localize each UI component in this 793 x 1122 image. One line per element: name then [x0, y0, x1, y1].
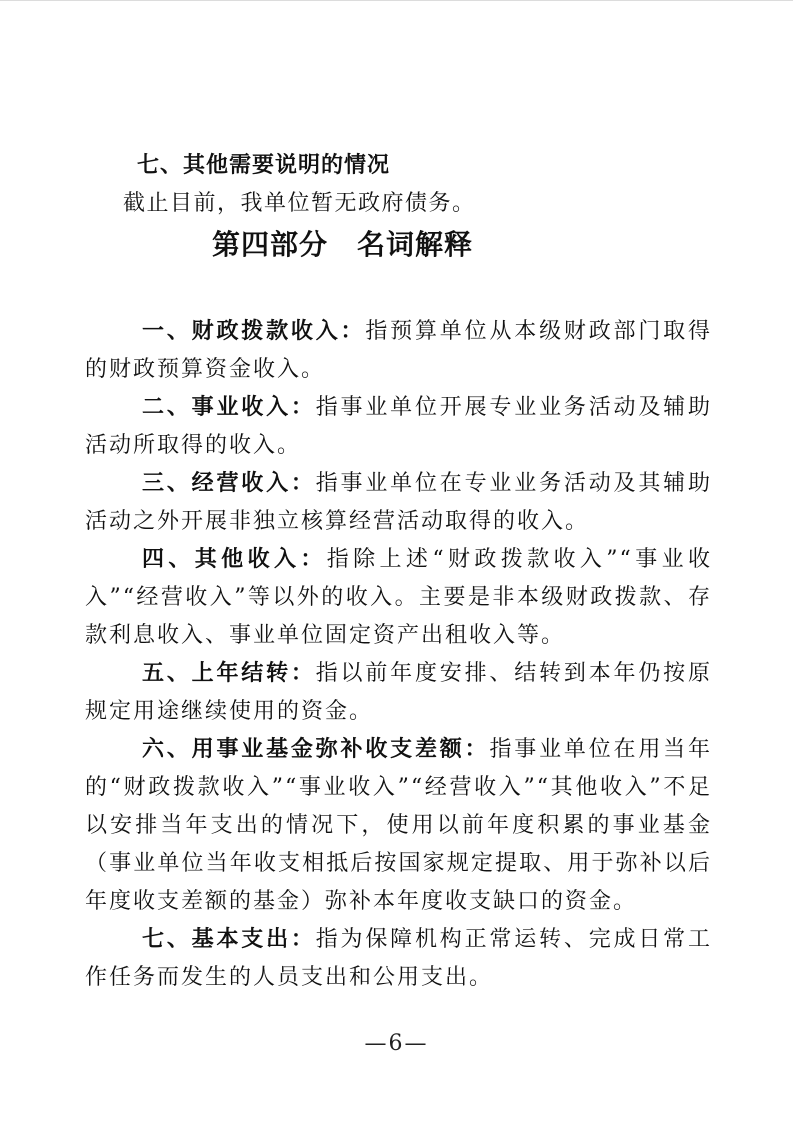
- term-5-label: 五、上年结转：: [142, 661, 316, 686]
- term-7-label: 七、基本支出：: [142, 927, 316, 952]
- glossary-term-6: 六、用事业基金弥补收支差额：指事业单位在用当年的“财政拨款收入”“事业收入”“经…: [85, 731, 712, 921]
- document-page: 七、其他需要说明的情况 截止目前，我单位暂无政府债务。 第四部分 名词解释 一、…: [0, 0, 793, 1122]
- term-1-label: 一、财政拨款收入：: [142, 319, 365, 344]
- glossary-term-7: 七、基本支出：指为保障机构正常运转、完成日常工作任务而发生的人员支出和公用支出。: [85, 921, 712, 997]
- glossary-term-4: 四、其他收入：指除上述“财政拨款收入”“事业收入”“经营收入”等以外的收入。主要…: [85, 541, 712, 655]
- glossary-term-1: 一、财政拨款收入：指预算单位从本级财政部门取得的财政预算资金收入。: [85, 313, 712, 389]
- glossary-term-5: 五、上年结转：指以前年度安排、结转到本年仍按原规定用途继续使用的资金。: [85, 655, 712, 731]
- glossary-term-2: 二、事业收入：指事业单位开展专业业务活动及辅助活动所取得的收入。: [85, 389, 712, 465]
- term-2-label: 二、事业收入：: [142, 395, 316, 420]
- term-3-label: 三、经营收入：: [142, 471, 316, 496]
- glossary-term-3: 三、经营收入：指事业单位在专业业务活动及其辅助活动之外开展非独立核算经营活动取得…: [85, 465, 712, 541]
- intro-paragraph: 截止目前，我单位暂无政府债务。: [85, 185, 712, 223]
- term-6-definition: 指事业单位在用当年的“财政拨款收入”“事业收入”“经营收入”“其他收入”不足以安…: [85, 737, 712, 914]
- page-number: —6—: [0, 1031, 793, 1056]
- glossary-section: 一、财政拨款收入：指预算单位从本级财政部门取得的财政预算资金收入。 二、事业收入…: [85, 313, 712, 997]
- part-title: 第四部分 名词解释: [212, 223, 712, 267]
- section-heading-other-notes: 七、其他需要说明的情况: [85, 147, 712, 185]
- term-4-label: 四、其他收入：: [142, 547, 327, 572]
- term-6-label: 六、用事业基金弥补收支差额：: [142, 737, 489, 762]
